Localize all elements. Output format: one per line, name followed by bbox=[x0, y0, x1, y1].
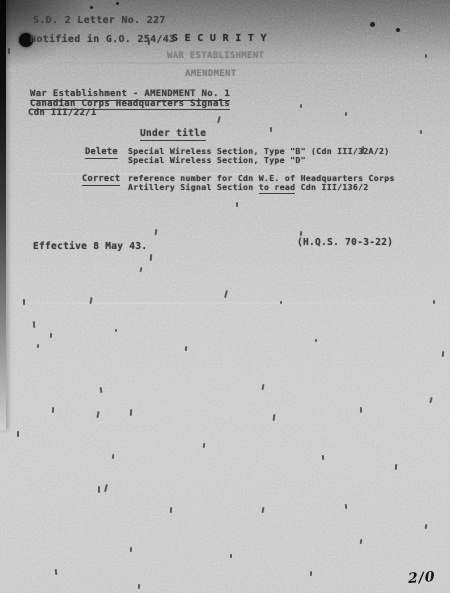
scan-speck bbox=[261, 507, 264, 513]
scan-speck bbox=[130, 547, 132, 552]
scan-speck bbox=[23, 299, 25, 305]
scan-speck bbox=[425, 54, 427, 58]
scan-speck bbox=[104, 484, 108, 492]
scan-speck bbox=[17, 431, 19, 437]
scan-speck bbox=[139, 267, 142, 272]
scan-speck bbox=[420, 130, 422, 134]
delete-content: Special Wireless Section, Type "B" (Cdn … bbox=[128, 147, 389, 166]
scan-streak bbox=[0, 62, 450, 64]
scan-dot bbox=[370, 22, 375, 27]
correct-line-2-post: Cdn III/136/2 bbox=[295, 182, 368, 192]
handwritten-page-mark: 2/0 bbox=[407, 569, 436, 587]
title-line-1: War Establishment - AMENDMENT No. 1 bbox=[30, 89, 230, 99]
scan-speck bbox=[261, 384, 264, 390]
scan-speck bbox=[8, 48, 10, 54]
under-title-heading: Under title bbox=[140, 128, 206, 139]
scan-speck bbox=[360, 539, 362, 544]
scan-speck bbox=[55, 569, 57, 575]
notified-line: Notified in G.O. 254/43 bbox=[30, 34, 175, 45]
scan-speck bbox=[345, 112, 347, 116]
scan-speck bbox=[138, 584, 140, 589]
scan-speck bbox=[270, 127, 272, 132]
correct-line-2-pre: Artillery Signal Section bbox=[128, 182, 259, 192]
scan-speck bbox=[280, 301, 282, 304]
scan-speck bbox=[33, 321, 35, 328]
delete-item-2: Special Wireless Section, Type "D" bbox=[128, 155, 306, 165]
correct-label-text: Correct bbox=[82, 174, 120, 186]
scan-speck bbox=[37, 344, 39, 348]
scan-speck bbox=[185, 346, 187, 351]
delete-label-text: Delete bbox=[85, 147, 118, 159]
scan-speck bbox=[230, 554, 232, 558]
scan-speck bbox=[50, 333, 52, 338]
scan-speck bbox=[96, 411, 99, 418]
title-line-2: Canadian Corps Headquarters Signals bbox=[30, 99, 230, 109]
file-reference: (H.Q.S. 70-3-22) bbox=[297, 237, 393, 248]
correct-content: reference number for Cdn W.E. of Headqua… bbox=[128, 174, 395, 193]
amendment-stamp: AMENDMENT bbox=[185, 69, 236, 79]
scan-dot bbox=[116, 2, 119, 5]
scan-speck bbox=[224, 290, 228, 298]
war-establishment-stamp: WAR ESTABLISHMENT bbox=[167, 51, 264, 61]
scan-dot bbox=[396, 28, 400, 32]
scan-speck bbox=[345, 504, 347, 509]
scan-streak bbox=[0, 302, 450, 304]
left-scan-edge bbox=[0, 0, 6, 430]
scan-speck bbox=[100, 387, 102, 393]
correct-label: Correct bbox=[82, 174, 120, 184]
scan-speck bbox=[395, 464, 397, 470]
delete-label: Delete bbox=[85, 147, 118, 157]
scan-speck bbox=[236, 202, 238, 207]
scan-speck bbox=[203, 443, 205, 448]
security-stamp: S E C U R I T Y bbox=[172, 33, 267, 44]
scan-speck bbox=[273, 414, 276, 421]
scan-speck bbox=[425, 524, 427, 529]
scan-speck bbox=[217, 116, 220, 123]
scan-speck bbox=[300, 231, 302, 236]
scan-dot bbox=[90, 6, 93, 9]
scan-speck bbox=[52, 407, 54, 413]
scan-speck bbox=[170, 507, 172, 513]
scan-speck bbox=[154, 229, 157, 235]
scan-speck bbox=[300, 104, 302, 108]
correct-line-2-underlined: to read bbox=[259, 182, 296, 194]
effective-date-line: Effective 8 May 43. bbox=[33, 241, 147, 252]
scan-speck bbox=[429, 397, 432, 403]
scan-speck bbox=[360, 407, 362, 413]
scan-speck bbox=[150, 254, 152, 261]
scan-speck bbox=[130, 409, 132, 416]
under-title-text: Under title bbox=[140, 128, 206, 141]
letter-number-line: S.D. 2 Letter No. 227 bbox=[33, 15, 166, 26]
scan-speck bbox=[112, 454, 114, 459]
scan-speck bbox=[322, 455, 324, 460]
scan-speck bbox=[442, 351, 444, 357]
scan-speck bbox=[115, 329, 117, 332]
document-page: S.D. 2 Letter No. 227 Notified in G.O. 2… bbox=[0, 0, 450, 593]
scan-speck bbox=[310, 571, 312, 576]
title-line-3: Cdn III/22/1 bbox=[28, 108, 97, 118]
scan-speck bbox=[433, 300, 435, 304]
scan-speck bbox=[315, 339, 317, 342]
scan-speck bbox=[98, 486, 100, 493]
